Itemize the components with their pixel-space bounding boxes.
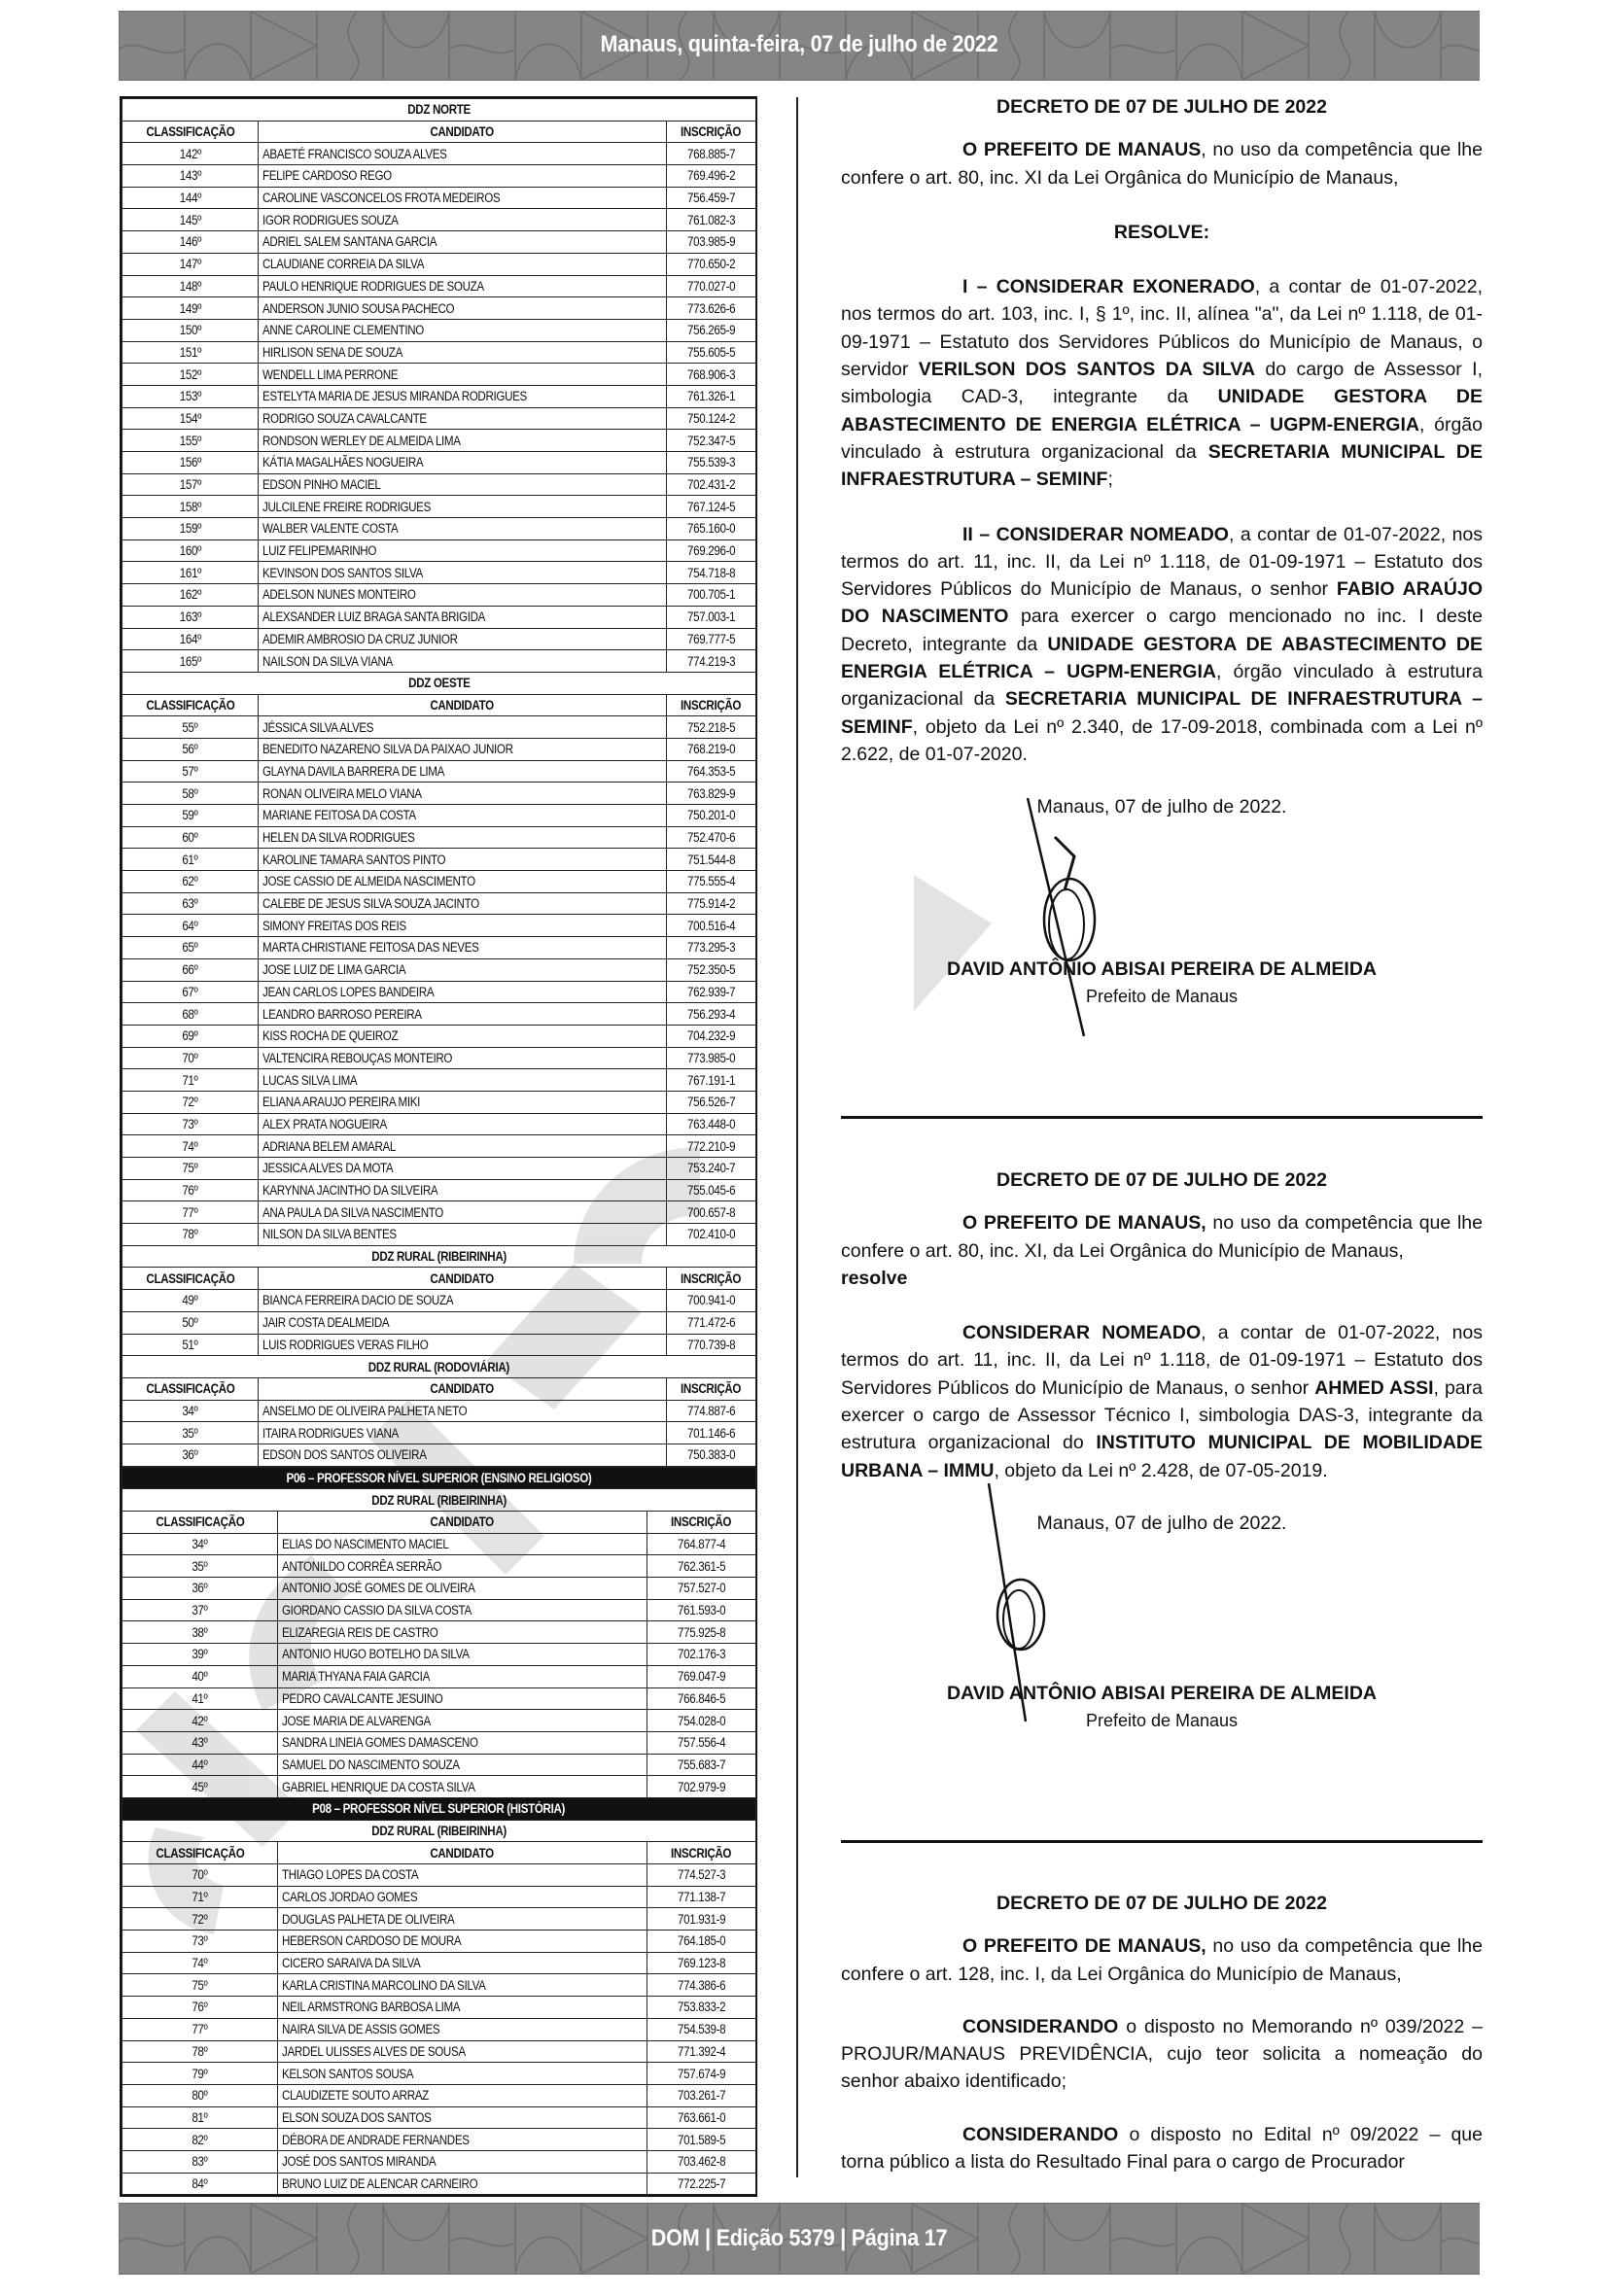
registration-cell: 761.082-3: [667, 209, 756, 231]
table-row: 77ºNAIRA SILVA DE ASSIS GOMES754.539-8: [122, 2018, 756, 2040]
decree-2: DECRETO DE 07 DE JULHO DE 2022 O PREFEIT…: [841, 1166, 1483, 1537]
classification-table-part2: P06 – PROFESSOR NÍVEL SUPERIOR (ENSINO R…: [122, 1467, 756, 2196]
registration-cell: 756.459-7: [667, 187, 756, 209]
rank-cell: 72º: [122, 1908, 278, 1931]
rank-cell: 161º: [122, 562, 259, 584]
registration-cell: 750.124-2: [667, 407, 756, 430]
column-header-row: CLASSIFICAÇÃOCANDIDATOINSCRIÇÃO: [122, 1512, 756, 1534]
col-header-candidato: CANDIDATO: [259, 694, 667, 716]
rank-cell: 35º: [122, 1422, 259, 1444]
candidate-cell: NEIL ARMSTRONG BARBOSA LIMA: [278, 1997, 647, 2019]
candidate-cell: ELIANA ARAUJO PEREIRA MIKI: [259, 1091, 667, 1113]
registration-cell: 764.185-0: [647, 1931, 756, 1953]
candidate-cell: CICERO SARAIVA DA SILVA: [278, 1952, 647, 1974]
candidate-cell: ANSELMO DE OLIVEIRA PALHETA NETO: [259, 1400, 667, 1422]
col-header-inscricao: INSCRIÇÃO: [667, 1377, 756, 1400]
registration-cell: 754.028-0: [647, 1710, 756, 1732]
candidate-cell: GIORDANO CASSIO DA SILVA COSTA: [278, 1599, 647, 1621]
rank-cell: 162º: [122, 584, 259, 607]
rank-cell: 71º: [122, 1069, 259, 1092]
registration-cell: 701.589-5: [647, 2129, 756, 2151]
table-row: 83ºJOSÉ DOS SANTOS MIRANDA703.462-8: [122, 2150, 756, 2173]
candidate-cell: ANNE CAROLINE CLEMENTINO: [259, 319, 667, 341]
signer-role: Prefeito de Manaus: [841, 1707, 1483, 1734]
candidate-cell: CLAUDIANE CORREIA DA SILVA: [259, 253, 667, 275]
rank-cell: 145º: [122, 209, 259, 231]
registration-cell: 770.739-8: [667, 1334, 756, 1356]
registration-cell: 700.705-1: [667, 584, 756, 607]
registration-cell: 774.527-3: [647, 1864, 756, 1887]
candidate-cell: ABAETÉ FRANCISCO SOUZA ALVES: [259, 143, 667, 165]
rank-cell: 152º: [122, 364, 259, 386]
column-header-row: CLASSIFICAÇÃOCANDIDATOINSCRIÇÃO: [122, 1842, 756, 1864]
candidate-cell: JOSE CASSIO DE ALMEIDA NASCIMENTO: [259, 871, 667, 893]
candidate-cell: ELIZAREGIA REIS DE CASTRO: [278, 1621, 647, 1644]
candidate-cell: RODRIGO SOUZA CAVALCANTE: [259, 407, 667, 430]
rank-cell: 77º: [122, 2018, 278, 2040]
candidate-cell: CALEBE DE JESUS SILVA SOUZA JACINTO: [259, 892, 667, 915]
rank-cell: 56º: [122, 738, 259, 760]
position-band: P08 – PROFESSOR NÍVEL SUPERIOR (HISTÓRIA…: [122, 1797, 756, 1820]
registration-cell: 755.683-7: [647, 1754, 756, 1776]
candidate-cell: JEAN CARLOS LOPES BANDEIRA: [259, 981, 667, 1003]
table-row: 155ºRONDSON WERLEY DE ALMEIDA LIMA752.34…: [122, 430, 756, 452]
registration-cell: 703.261-7: [647, 2084, 756, 2106]
registration-cell: 757.527-0: [647, 1578, 756, 1600]
rank-cell: 148º: [122, 275, 259, 297]
decree-title: DECRETO DE 07 DE JULHO DE 2022: [841, 1890, 1483, 1917]
table-row: 72ºELIANA ARAUJO PEREIRA MIKI756.526-7: [122, 1091, 756, 1113]
table-row: 76ºNEIL ARMSTRONG BARBOSA LIMA753.833-2: [122, 1997, 756, 2019]
table-row: 38ºELIZAREGIA REIS DE CASTRO775.925-8: [122, 1621, 756, 1644]
table-row: 42ºJOSE MARIA DE ALVARENGA754.028-0: [122, 1710, 756, 1732]
registration-cell: 753.240-7: [667, 1158, 756, 1180]
candidate-cell: JOSE MARIA DE ALVARENGA: [278, 1710, 647, 1732]
rank-cell: 37º: [122, 1599, 278, 1621]
rank-cell: 156º: [122, 452, 259, 474]
registration-cell: 756.526-7: [667, 1091, 756, 1113]
decree-3: DECRETO DE 07 DE JULHO DE 2022 O PREFEIT…: [841, 1890, 1483, 2175]
section-divider: [841, 1116, 1483, 1119]
candidate-cell: WALBER VALENTE COSTA: [259, 518, 667, 540]
column-divider: [796, 97, 798, 2177]
table-row: 61ºKAROLINE TAMARA SANTOS PINTO751.544-8: [122, 849, 756, 871]
position-band: P06 – PROFESSOR NÍVEL SUPERIOR (ENSINO R…: [122, 1467, 756, 1489]
col-header-classificacao: CLASSIFICAÇÃO: [122, 1268, 259, 1290]
col-header-inscricao: INSCRIÇÃO: [667, 694, 756, 716]
column-header-row: CLASSIFICAÇÃOCANDIDATOINSCRIÇÃO: [122, 1377, 756, 1400]
rank-cell: 153º: [122, 385, 259, 407]
table-row: 34ºANSELMO DE OLIVEIRA PALHETA NETO774.8…: [122, 1400, 756, 1422]
signer-name: DAVID ANTÔNIO ABISAI PEREIRA DE ALMEIDA: [841, 1680, 1483, 1707]
col-header-classificacao: CLASSIFICAÇÃO: [122, 1512, 278, 1534]
section-title: DDZ RURAL (RIBEIRINHA): [122, 1820, 756, 1842]
registration-cell: 770.027-0: [667, 275, 756, 297]
rank-cell: 149º: [122, 297, 259, 320]
table-row: 70ºVALTENCIRA REBOUÇAS MONTEIRO773.985-0: [122, 1047, 756, 1069]
rank-cell: 74º: [122, 1952, 278, 1974]
table-row: 43ºSANDRA LINEIA GOMES DAMASCENO757.556-…: [122, 1731, 756, 1754]
candidate-cell: KAROLINE TAMARA SANTOS PINTO: [259, 849, 667, 871]
table-row: 142ºABAETÉ FRANCISCO SOUZA ALVES768.885-…: [122, 143, 756, 165]
registration-cell: 768.219-0: [667, 738, 756, 760]
table-row: 162ºADELSON NUNES MONTEIRO700.705-1: [122, 584, 756, 607]
candidate-cell: GABRIEL HENRIQUE DA COSTA SILVA: [278, 1776, 647, 1798]
candidate-cell: ALEXSANDER LUIZ BRAGA SANTA BRIGIDA: [259, 606, 667, 628]
rank-cell: 75º: [122, 1974, 278, 1997]
table-row: 73ºHEBERSON CARDOSO DE MOURA764.185-0: [122, 1931, 756, 1953]
table-row: 69ºKISS ROCHA DE QUEIROZ704.232-9: [122, 1025, 756, 1047]
classification-table-part1: DDZ NORTECLASSIFICAÇÃOCANDIDATOINSCRIÇÃO…: [122, 98, 756, 1467]
column-header-row: CLASSIFICAÇÃOCANDIDATOINSCRIÇÃO: [122, 1268, 756, 1290]
registration-cell: 768.885-7: [667, 143, 756, 165]
registration-cell: 764.353-5: [667, 760, 756, 783]
table-row: 70ºTHIAGO LOPES DA COSTA774.527-3: [122, 1864, 756, 1887]
rank-cell: 159º: [122, 518, 259, 540]
rank-cell: 65º: [122, 937, 259, 959]
rank-cell: 163º: [122, 606, 259, 628]
resolve-label: RESOLVE:: [841, 219, 1483, 246]
rank-cell: 144º: [122, 187, 259, 209]
candidate-cell: ALEX PRATA NOGUEIRA: [259, 1113, 667, 1135]
candidate-cell: BIANCA FERREIRA DACIO DE SOUZA: [259, 1290, 667, 1312]
candidate-cell: CAROLINE VASCONCELOS FROTA MEDEIROS: [259, 187, 667, 209]
candidate-cell: VALTENCIRA REBOUÇAS MONTEIRO: [259, 1047, 667, 1069]
candidate-cell: LUIS RODRIGUES VERAS FILHO: [259, 1334, 667, 1356]
registration-cell: 775.925-8: [647, 1621, 756, 1644]
registration-cell: 769.496-2: [667, 165, 756, 188]
registration-cell: 757.556-4: [647, 1731, 756, 1754]
table-row: 51ºLUIS RODRIGUES VERAS FILHO770.739-8: [122, 1334, 756, 1356]
col-header-classificacao: CLASSIFICAÇÃO: [122, 121, 259, 143]
registration-cell: 774.219-3: [667, 650, 756, 673]
table-row: 84ºBRUNO LUIZ DE ALENCAR CARNEIRO772.225…: [122, 2173, 756, 2195]
signer-role: Prefeito de Manaus: [841, 983, 1483, 1010]
registration-cell: 773.985-0: [667, 1047, 756, 1069]
registration-cell: 703.462-8: [647, 2150, 756, 2173]
table-row: 62ºJOSE CASSIO DE ALMEIDA NASCIMENTO775.…: [122, 871, 756, 893]
decree-item-2: II – CONSIDERAR NOMEADO, a contar de 01-…: [841, 521, 1483, 769]
rank-cell: 71º: [122, 1886, 278, 1908]
section-title: DDZ OESTE: [122, 672, 756, 694]
registration-cell: 764.877-4: [647, 1533, 756, 1555]
rank-cell: 36º: [122, 1578, 278, 1600]
candidate-cell: JAIR COSTA DEALMEIDA: [259, 1311, 667, 1334]
rank-cell: 66º: [122, 958, 259, 981]
candidate-cell: KELSON SANTOS SOUSA: [278, 2063, 647, 2085]
table-row: 39ºANTONIO HUGO BOTELHO DA SILVA702.176-…: [122, 1644, 756, 1666]
registration-cell: 775.914-2: [667, 892, 756, 915]
registration-cell: 756.265-9: [667, 319, 756, 341]
table-row: 66ºJOSE LUIZ DE LIMA GARCIA752.350-5: [122, 958, 756, 981]
registration-cell: 763.448-0: [667, 1113, 756, 1135]
table-row: 157ºEDSON PINHO MACIEL702.431-2: [122, 473, 756, 496]
registration-cell: 771.472-6: [667, 1311, 756, 1334]
candidate-cell: ANA PAULA DA SILVA NASCIMENTO: [259, 1201, 667, 1224]
candidate-cell: NAIRA SILVA DE ASSIS GOMES: [278, 2018, 647, 2040]
candidate-cell: WENDELL LIMA PERRONE: [259, 364, 667, 386]
registration-cell: 773.295-3: [667, 937, 756, 959]
candidate-cell: SAMUEL DO NASCIMENTO SOUZA: [278, 1754, 647, 1776]
registration-cell: 754.718-8: [667, 562, 756, 584]
table-row: 35ºANTONILDO CORRÊA SERRÃO762.361-5: [122, 1555, 756, 1578]
rank-cell: 78º: [122, 1224, 259, 1246]
registration-cell: 768.906-3: [667, 364, 756, 386]
col-header-candidato: CANDIDATO: [278, 1512, 647, 1534]
registration-cell: 750.201-0: [667, 805, 756, 827]
table-row: 73ºALEX PRATA NOGUEIRA763.448-0: [122, 1113, 756, 1135]
rank-cell: 151º: [122, 341, 259, 364]
candidate-cell: ELIAS DO NASCIMENTO MACIEL: [278, 1533, 647, 1555]
table-row: 67ºJEAN CARLOS LOPES BANDEIRA762.939-7: [122, 981, 756, 1003]
resolve-label: resolve: [841, 1265, 1483, 1292]
rank-cell: 34º: [122, 1533, 278, 1555]
registration-cell: 769.296-0: [667, 539, 756, 562]
table-row: 148ºPAULO HENRIQUE RODRIGUES DE SOUZA770…: [122, 275, 756, 297]
candidate-cell: ITAIRA RODRIGUES VIANA: [259, 1422, 667, 1444]
table-row: 80ºCLAUDIZETE SOUTO ARRAZ703.261-7: [122, 2084, 756, 2106]
table-row: 74ºCICERO SARAIVA DA SILVA769.123-8: [122, 1952, 756, 1974]
table-row: 64ºSIMONY FREITAS DOS REIS700.516-4: [122, 915, 756, 937]
registration-cell: 771.138-7: [647, 1886, 756, 1908]
rank-cell: 51º: [122, 1334, 259, 1356]
candidate-cell: ADELSON NUNES MONTEIRO: [259, 584, 667, 607]
rank-cell: 38º: [122, 1621, 278, 1644]
rank-cell: 155º: [122, 430, 259, 452]
candidate-cell: KÁTIA MAGALHÃES NOGUEIRA: [259, 452, 667, 474]
registration-cell: 752.347-5: [667, 430, 756, 452]
candidate-cell: JOSÉ DOS SANTOS MIRANDA: [278, 2150, 647, 2173]
table-row: 76ºKARYNNA JACINTHO DA SILVEIRA755.045-6: [122, 1179, 756, 1201]
registration-cell: 755.045-6: [667, 1179, 756, 1201]
registration-cell: 701.146-6: [667, 1422, 756, 1444]
table-row: 147ºCLAUDIANE CORREIA DA SILVA770.650-2: [122, 253, 756, 275]
table-row: 55ºJÉSSICA SILVA ALVES752.218-5: [122, 716, 756, 739]
candidate-cell: DÉBORA DE ANDRADE FERNANDES: [278, 2129, 647, 2151]
col-header-classificacao: CLASSIFICAÇÃO: [122, 694, 259, 716]
candidate-cell: THIAGO LOPES DA COSTA: [278, 1864, 647, 1887]
position-title: P06 – PROFESSOR NÍVEL SUPERIOR (ENSINO R…: [122, 1467, 756, 1489]
candidate-cell: HELEN DA SILVA RODRIGUES: [259, 826, 667, 849]
candidate-cell: RONDSON WERLEY DE ALMEIDA LIMA: [259, 430, 667, 452]
signature-block-1: DAVID ANTÔNIO ABISAI PEREIRA DE ALMEIDA …: [841, 956, 1483, 1011]
rank-cell: 150º: [122, 319, 259, 341]
registration-cell: 769.777-5: [667, 628, 756, 650]
registration-cell: 771.392-4: [647, 2040, 756, 2063]
rank-cell: 59º: [122, 805, 259, 827]
rank-cell: 64º: [122, 915, 259, 937]
registration-cell: 702.410-0: [667, 1224, 756, 1246]
rank-cell: 41º: [122, 1687, 278, 1710]
table-row: 79ºKELSON SANTOS SOUSA757.674-9: [122, 2063, 756, 2085]
rank-cell: 77º: [122, 1201, 259, 1224]
table-row: 49ºBIANCA FERREIRA DACIO DE SOUZA700.941…: [122, 1290, 756, 1312]
signature-block-2: DAVID ANTÔNIO ABISAI PEREIRA DE ALMEIDA …: [841, 1680, 1483, 1735]
section-row: DDZ RURAL (RIBEIRINHA): [122, 1820, 756, 1842]
table-row: 63ºCALEBE DE JESUS SILVA SOUZA JACINTO77…: [122, 892, 756, 915]
rank-cell: 83º: [122, 2150, 278, 2173]
rank-cell: 35º: [122, 1555, 278, 1578]
registration-cell: 702.979-9: [647, 1776, 756, 1798]
candidate-cell: PAULO HENRIQUE RODRIGUES DE SOUZA: [259, 275, 667, 297]
registration-cell: 767.191-1: [667, 1069, 756, 1092]
table-row: 56ºBENEDITO NAZARENO SILVA DA PAIXAO JUN…: [122, 738, 756, 760]
registration-cell: 752.218-5: [667, 716, 756, 739]
rank-cell: 69º: [122, 1025, 259, 1047]
table-row: 57ºGLAYNA DAVILA BARRERA DE LIMA764.353-…: [122, 760, 756, 783]
registration-cell: 763.829-9: [667, 783, 756, 805]
rank-cell: 43º: [122, 1731, 278, 1754]
table-row: 68ºLEANDRO BARROSO PEREIRA756.293-4: [122, 1003, 756, 1026]
edition-date: Manaus, quinta-feira, 07 de julho de 202…: [187, 31, 1412, 58]
rank-cell: 82º: [122, 2129, 278, 2151]
candidate-cell: ELSON SOUZA DOS SANTOS: [278, 2106, 647, 2129]
candidate-cell: NAILSON DA SILVA VIANA: [259, 650, 667, 673]
section-title: DDZ RURAL (RIBEIRINHA): [122, 1489, 756, 1512]
table-row: 36ºEDSON DOS SANTOS OLIVEIRA750.383-0: [122, 1444, 756, 1466]
table-row: 82ºDÉBORA DE ANDRADE FERNANDES701.589-5: [122, 2129, 756, 2151]
table-row: 163ºALEXSANDER LUIZ BRAGA SANTA BRIGIDA7…: [122, 606, 756, 628]
registration-cell: 774.887-6: [667, 1400, 756, 1422]
rank-cell: 34º: [122, 1400, 259, 1422]
rank-cell: 143º: [122, 165, 259, 188]
decree-intro: O PREFEITO DE MANAUS, no uso da competên…: [841, 136, 1483, 191]
table-row: 77ºANA PAULA DA SILVA NASCIMENTO700.657-…: [122, 1201, 756, 1224]
registration-cell: 772.210-9: [667, 1135, 756, 1158]
candidate-cell: SIMONY FREITAS DOS REIS: [259, 915, 667, 937]
table-row: 152ºWENDELL LIMA PERRONE768.906-3: [122, 364, 756, 386]
candidate-cell: ANDERSON JUNIO SOUSA PACHECO: [259, 297, 667, 320]
rank-cell: 157º: [122, 473, 259, 496]
registration-cell: 751.544-8: [667, 849, 756, 871]
section-title: DDZ NORTE: [122, 99, 756, 122]
rank-cell: 80º: [122, 2084, 278, 2106]
rank-cell: 73º: [122, 1931, 278, 1953]
candidate-cell: LUCAS SILVA LIMA: [259, 1069, 667, 1092]
registration-cell: 704.232-9: [667, 1025, 756, 1047]
rank-cell: 165º: [122, 650, 259, 673]
rank-cell: 74º: [122, 1135, 259, 1158]
candidate-cell: ADRIEL SALEM SANTANA GARCIA: [259, 231, 667, 254]
registration-cell: 752.470-6: [667, 826, 756, 849]
rank-cell: 70º: [122, 1047, 259, 1069]
table-row: 164ºADEMIR AMBROSIO DA CRUZ JUNIOR769.77…: [122, 628, 756, 650]
place-date: Manaus, 07 de julho de 2022.: [841, 793, 1483, 820]
table-row: 144ºCAROLINE VASCONCELOS FROTA MEDEIROS7…: [122, 187, 756, 209]
registration-cell: 763.661-0: [647, 2106, 756, 2129]
table-row: 153ºESTELYTA MARIA DE JESUS MIRANDA RODR…: [122, 385, 756, 407]
table-row: 146ºADRIEL SALEM SANTANA GARCIA703.985-9: [122, 231, 756, 254]
col-header-candidato: CANDIDATO: [259, 1268, 667, 1290]
table-row: 35ºITAIRA RODRIGUES VIANA701.146-6: [122, 1422, 756, 1444]
candidate-cell: CLAUDIZETE SOUTO ARRAZ: [278, 2084, 647, 2106]
registration-cell: 770.650-2: [667, 253, 756, 275]
rank-cell: 36º: [122, 1444, 259, 1466]
candidate-cell: MARIANE FEITOSA DA COSTA: [259, 805, 667, 827]
candidate-cell: ANTONIO HUGO BOTELHO DA SILVA: [278, 1644, 647, 1666]
rank-cell: 164º: [122, 628, 259, 650]
edition-page: DOM | Edição 5379 | Página 17: [187, 2225, 1412, 2252]
col-header-candidato: CANDIDATO: [259, 121, 667, 143]
candidate-cell: DOUGLAS PALHETA DE OLIVEIRA: [278, 1908, 647, 1931]
candidate-cell: JARDEL ULISSES ALVES DE SOUSA: [278, 2040, 647, 2063]
table-row: 34ºELIAS DO NASCIMENTO MACIEL764.877-4: [122, 1533, 756, 1555]
table-row: 36ºANTONIO JOSÉ GOMES DE OLIVEIRA757.527…: [122, 1578, 756, 1600]
registration-cell: 769.123-8: [647, 1952, 756, 1974]
registration-cell: 753.833-2: [647, 1997, 756, 2019]
registration-cell: 756.293-4: [667, 1003, 756, 1026]
rank-cell: 72º: [122, 1091, 259, 1113]
table-row: 74ºADRIANA BELEM AMARAL772.210-9: [122, 1135, 756, 1158]
table-row: 75ºKARLA CRISTINA MARCOLINO DA SILVA774.…: [122, 1974, 756, 1997]
candidate-cell: ADRIANA BELEM AMARAL: [259, 1135, 667, 1158]
rank-cell: 61º: [122, 849, 259, 871]
candidate-cell: EDSON PINHO MACIEL: [259, 473, 667, 496]
rank-cell: 50º: [122, 1311, 259, 1334]
place-date: Manaus, 07 de julho de 2022.: [841, 1510, 1483, 1537]
registration-cell: 773.626-6: [667, 297, 756, 320]
registration-cell: 757.674-9: [647, 2063, 756, 2085]
footer-bar: DOM | Edição 5379 | Página 17: [119, 2203, 1480, 2275]
rank-cell: 40º: [122, 1665, 278, 1687]
rank-cell: 147º: [122, 253, 259, 275]
rank-cell: 39º: [122, 1644, 278, 1666]
table-row: 44ºSAMUEL DO NASCIMENTO SOUZA755.683-7: [122, 1754, 756, 1776]
registration-cell: 755.539-3: [667, 452, 756, 474]
candidate-cell: JESSICA ALVES DA MOTA: [259, 1158, 667, 1180]
col-header-inscricao: INSCRIÇÃO: [667, 1268, 756, 1290]
table-row: 59ºMARIANE FEITOSA DA COSTA750.201-0: [122, 805, 756, 827]
candidate-cell: KARYNNA JACINTHO DA SILVEIRA: [259, 1179, 667, 1201]
rank-cell: 160º: [122, 539, 259, 562]
rank-cell: 142º: [122, 143, 259, 165]
section-title: DDZ RURAL (RIBEIRINHA): [122, 1245, 756, 1268]
candidate-cell: IGOR RODRIGUES SOUZA: [259, 209, 667, 231]
registration-cell: 754.539-8: [647, 2018, 756, 2040]
registration-cell: 702.431-2: [667, 473, 756, 496]
candidate-cell: ANTONILDO CORRÊA SERRÃO: [278, 1555, 647, 1578]
rank-cell: 68º: [122, 1003, 259, 1026]
registration-cell: 755.605-5: [667, 341, 756, 364]
registration-cell: 765.160-0: [667, 518, 756, 540]
candidate-cell: FELIPE CARDOSO REGO: [259, 165, 667, 188]
rank-cell: 63º: [122, 892, 259, 915]
registration-cell: 700.657-8: [667, 1201, 756, 1224]
rank-cell: 84º: [122, 2173, 278, 2195]
registration-cell: 701.931-9: [647, 1908, 756, 1931]
table-row: 60ºHELEN DA SILVA RODRIGUES752.470-6: [122, 826, 756, 849]
rank-cell: 158º: [122, 496, 259, 518]
decree-item-1: I – CONSIDERAR EXONERADO, a contar de 01…: [841, 273, 1483, 493]
candidate-cell: JÉSSICA SILVA ALVES: [259, 716, 667, 739]
rank-cell: 146º: [122, 231, 259, 254]
rank-cell: 75º: [122, 1158, 259, 1180]
rank-cell: 79º: [122, 2063, 278, 2085]
candidate-cell: KARLA CRISTINA MARCOLINO DA SILVA: [278, 1974, 647, 1997]
candidate-cell: MARTA CHRISTIANE FEITOSA DAS NEVES: [259, 937, 667, 959]
rank-cell: 154º: [122, 407, 259, 430]
registration-cell: 702.176-3: [647, 1644, 756, 1666]
section-row: DDZ OESTE: [122, 672, 756, 694]
registration-cell: 761.326-1: [667, 385, 756, 407]
registration-cell: 769.047-9: [647, 1665, 756, 1687]
registration-cell: 750.383-0: [667, 1444, 756, 1466]
candidate-cell: CARLOS JORDAO GOMES: [278, 1886, 647, 1908]
decree-item-1: CONSIDERAR NOMEADO, a contar de 01-07-20…: [841, 1319, 1483, 1484]
candidate-cell: JOSE LUIZ DE LIMA GARCIA: [259, 958, 667, 981]
registration-cell: 700.941-0: [667, 1290, 756, 1312]
table-row: 41ºPEDRO CAVALCANTE JESUINO766.846-5: [122, 1687, 756, 1710]
